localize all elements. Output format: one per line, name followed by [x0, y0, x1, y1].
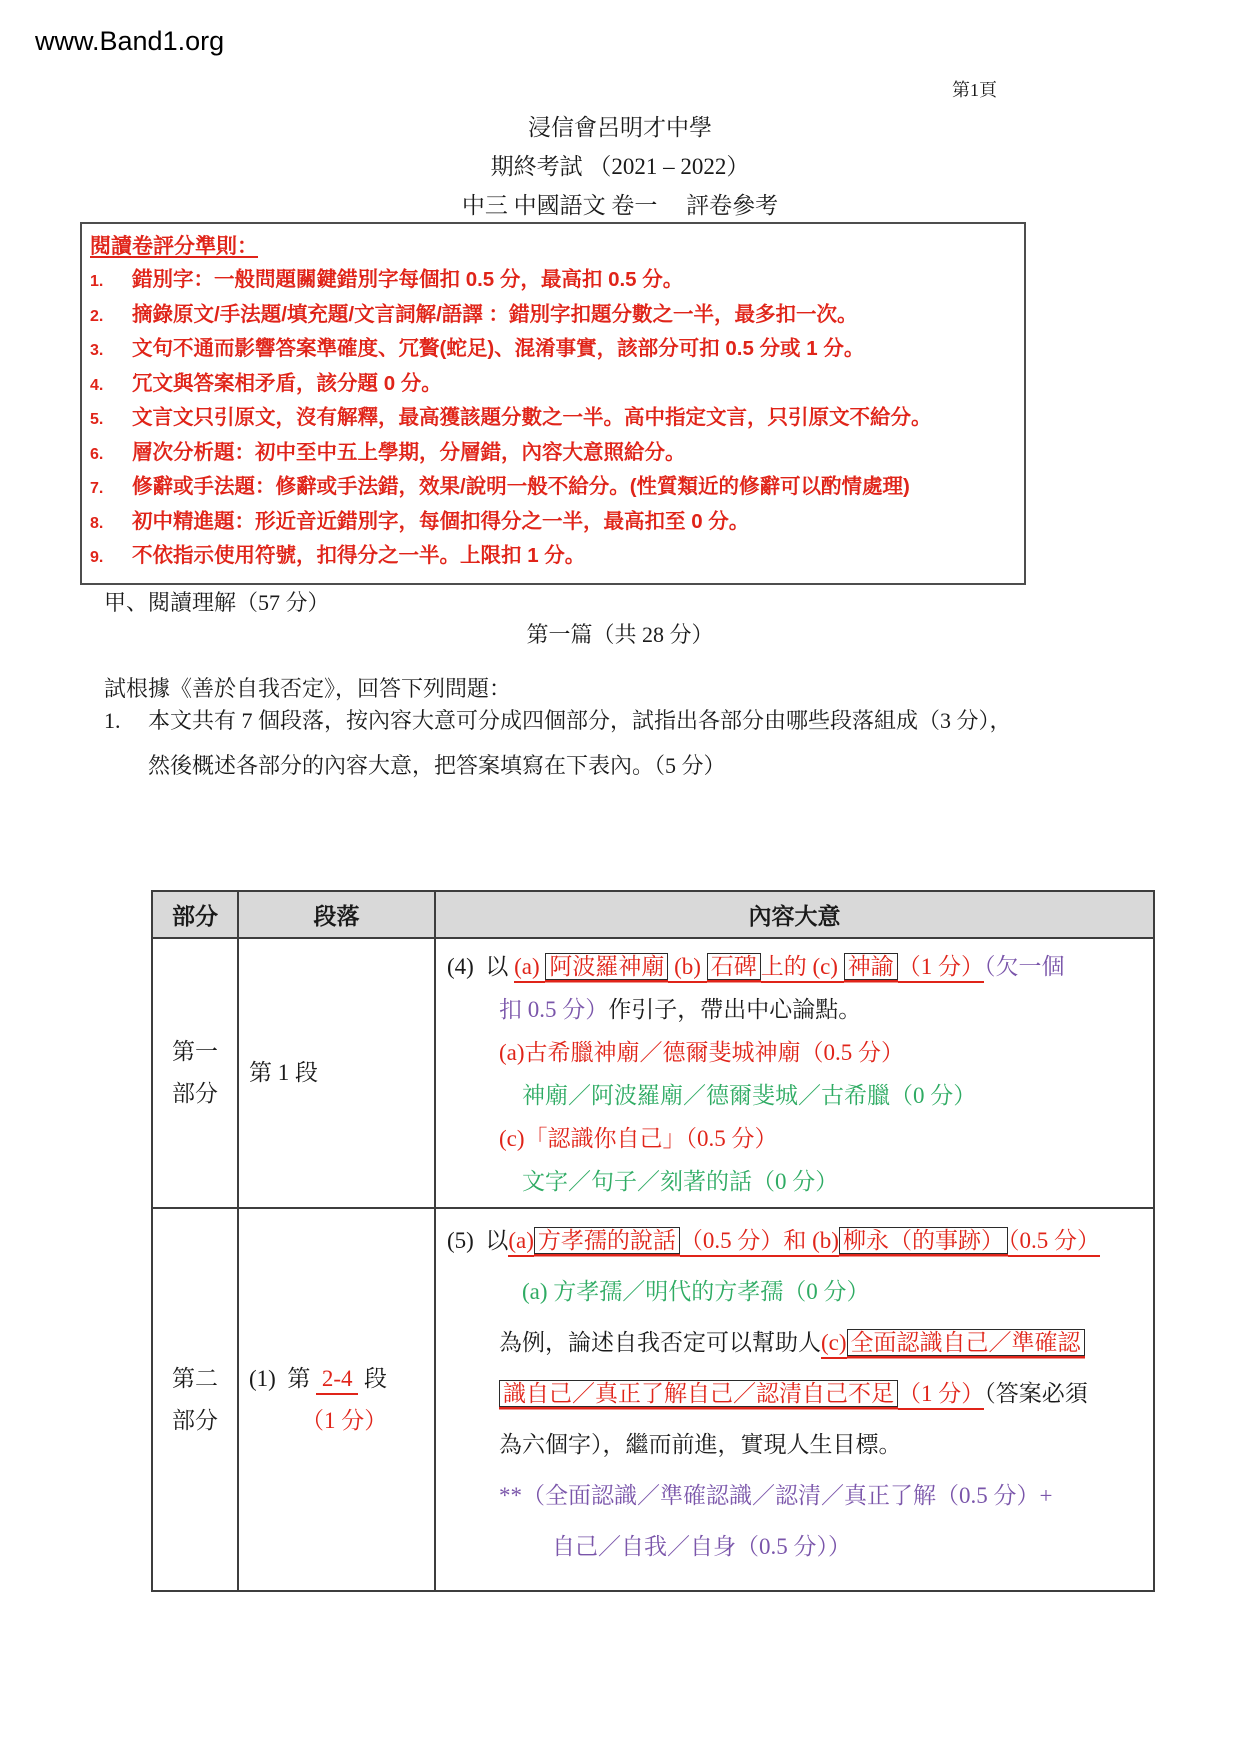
table-header-summary: 內容大意 — [435, 891, 1154, 938]
table-row: 第一部分 第 1 段 (4) 以 (a) 阿波羅神廟 (b) 石碑上的 (c) … — [152, 938, 1154, 1208]
section-heading: 甲、閱讀理解（57 分） — [104, 586, 330, 617]
criteria-title: 閱讀卷評分準則： — [90, 230, 1016, 264]
part-2-paragraphs: (1) 第 2-4 段（1 分） — [238, 1208, 435, 1591]
part-1-paragraphs: 第 1 段 — [238, 938, 435, 1208]
school-name: 浸信會呂明才中學 — [0, 108, 1240, 147]
watermark-text: www.Band1.org — [35, 26, 224, 57]
criteria-list: 1.錯別字：一般問題關鍵錯別字每個扣 0.5 分，最高扣 0.5 分。2.摘錄原… — [90, 264, 1016, 575]
question-1: 1.本文共有 7 個段落，按內容大意可分成四個部分，試指出各部分由哪些段落組成（… — [104, 698, 1164, 788]
paper-title: 中三 中國語文 卷一 評卷參考 — [0, 186, 1240, 225]
table-header-row: 部分 段落 內容大意 — [152, 891, 1154, 938]
piece-heading: 第一篇（共 28 分） — [0, 618, 1240, 649]
document-page: www.Band1.org 第1頁 浸信會呂明才中學 期終考試 （2021 – … — [0, 0, 1240, 1754]
part-2-label: 第二部分 — [152, 1208, 238, 1591]
summary-table: 部分 段落 內容大意 第一部分 第 1 段 (4) 以 (a) 阿波羅神廟 (b… — [151, 890, 1155, 1592]
page-number: 第1頁 — [952, 76, 997, 102]
exam-title: 期終考試 （2021 – 2022） — [0, 147, 1240, 186]
table-row: 第二部分 (1) 第 2-4 段（1 分） (5) 以(a)方孝孺的說話（0.5… — [152, 1208, 1154, 1591]
table-header-paragraphs: 段落 — [238, 891, 435, 938]
part-1-label: 第一部分 — [152, 938, 238, 1208]
part-2-summary: (5) 以(a)方孝孺的說話（0.5 分）和 (b)柳永（的事跡）（0.5 分）… — [435, 1208, 1154, 1591]
part-1-summary: (4) 以 (a) 阿波羅神廟 (b) 石碑上的 (c) 神諭（1 分）（欠一個… — [435, 938, 1154, 1208]
table-header-part: 部分 — [152, 891, 238, 938]
document-header: 浸信會呂明才中學 期終考試 （2021 – 2022） 中三 中國語文 卷一 評… — [0, 108, 1240, 225]
marking-criteria-box: 閱讀卷評分準則： 1.錯別字：一般問題關鍵錯別字每個扣 0.5 分，最高扣 0.… — [80, 222, 1026, 585]
